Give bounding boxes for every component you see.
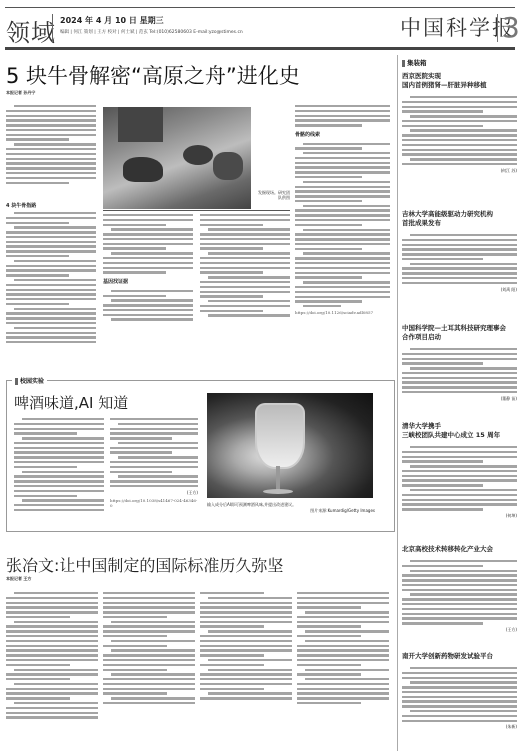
label-bar-icon xyxy=(15,378,18,385)
sidebar-label-text: 集装箱 xyxy=(407,59,427,67)
sidebar-item-1-note: (何江 苏) xyxy=(402,168,517,174)
second-byline: 本报记者 王方 xyxy=(6,576,31,582)
lead-text-col3 xyxy=(200,214,290,362)
issue-date: 2024 年 4 月 10 日 星期三 xyxy=(60,15,164,26)
lead-text-col1 xyxy=(6,212,96,362)
lead-subhead-2: 骨骼的线索 xyxy=(295,131,390,138)
sidebar-item-4-note: (何坤) xyxy=(402,513,517,519)
sidebar-item-4-title: 清华大学携手 三峡校团队共建中心成立 15 周年 xyxy=(402,422,517,440)
sidebar-item-1-title: 西京医院实现 国内首例猪肾—肝脏异种移植 xyxy=(402,72,517,90)
sidebar-item-3: 中国科学院—土耳其科技研究理事会 合作项目启动 (董静 苗) xyxy=(402,324,517,409)
second-text-col1 xyxy=(6,592,98,750)
lead-text-col4: 骨骼的线索 https://doi.org/10.1126/sciadv.adl… xyxy=(295,105,390,363)
editor-credits: 编辑 | 何江 策划 | 王方 校对 | 何士斌 | 范玄 Tel:(010)6… xyxy=(60,29,243,35)
page-number: 3 xyxy=(502,11,520,44)
beer-photo-credit: 图片来源:Kumardig/Getty Images xyxy=(207,508,375,513)
lead-byline: 本报记者 孙丹宁 xyxy=(6,90,35,96)
campus-text-col2: (王方) https://doi.org/10.1038/s41467-024-… xyxy=(110,418,198,526)
lead-photo-caption: 发掘现场。研究团队供图 xyxy=(256,190,290,200)
sidebar-item-3-note: (董静 苗) xyxy=(402,396,517,402)
campus-label-text: 校园实验 xyxy=(20,378,44,385)
second-text-col3 xyxy=(200,592,292,750)
excavation-photo xyxy=(103,107,251,209)
lead-headline: 5 块牛骨解密“高原之舟”进化史 xyxy=(6,60,300,90)
masthead-divider xyxy=(497,14,498,42)
sidebar-item-5: 北京高校技术转移转化产业大会 (王方) xyxy=(402,545,517,645)
sidebar-item-2-note: (刘禹 阳) xyxy=(402,287,517,293)
sidebar-divider xyxy=(397,55,398,751)
sidebar-item-5-note: (王方) xyxy=(402,627,517,633)
lead-text-col1-top xyxy=(6,105,96,205)
sidebar-item-6: 南开大学创新药物研发试验平台 (朱新) xyxy=(402,652,517,750)
campus-source-url[interactable]: https://doi.org/10.1038/s41467-024-46346… xyxy=(110,498,198,508)
lead-subhead-1: 4 块牛骨指路 xyxy=(6,202,36,209)
second-text-col2 xyxy=(103,592,195,750)
header-thick-rule xyxy=(5,47,515,50)
lead-subhead-3: 基因找证据 xyxy=(103,278,193,285)
lead-source-url[interactable]: https://doi.org/10.1126/sciadv.adl0857 xyxy=(295,310,390,315)
second-headline: 张冶文:让中国制定的国际标准历久弥坚 xyxy=(6,553,283,576)
sidebar-item-4: 清华大学携手 三峡校团队共建中心成立 15 周年 (何坤) xyxy=(402,422,517,532)
sidebar-item-2: 吉林大学高能级驱动力研究机构 首批成果发布 (刘禹 阳) xyxy=(402,210,517,322)
beer-glass-photo xyxy=(207,393,373,498)
header-divider xyxy=(52,14,53,42)
sidebar-item-2-title: 吉林大学高能级驱动力研究机构 首批成果发布 xyxy=(402,210,517,228)
second-text-col4 xyxy=(297,592,389,750)
beer-photo-caption: 输入成分后AI即可预测啤酒风味,并提出改进建议。 xyxy=(207,502,387,507)
label-bar-icon xyxy=(402,60,405,67)
sidebar-label: 集装箱 xyxy=(402,58,427,67)
campus-end-note: (王方) xyxy=(110,490,198,496)
campus-text-col1 xyxy=(14,418,104,526)
campus-box-label: 校园实验 xyxy=(12,376,47,385)
sidebar-item-1: 西京医院实现 国内首例猪肾—肝脏异种移植 (何江 苏) xyxy=(402,72,517,202)
photo-rule xyxy=(103,210,290,211)
top-rule xyxy=(5,7,515,8)
sidebar-item-6-title: 南开大学创新药物研发试验平台 xyxy=(402,652,517,661)
sidebar-item-6-note: (朱新) xyxy=(402,724,517,730)
section-name: 领域 xyxy=(6,13,56,48)
sidebar-item-5-title: 北京高校技术转移转化产业大会 xyxy=(402,545,517,554)
sidebar-item-3-title: 中国科学院—土耳其科技研究理事会 合作项目启动 xyxy=(402,324,517,342)
lead-text-col2: 基因找证据 xyxy=(103,214,193,362)
campus-headline: 啤酒味道,AI 知道 xyxy=(14,392,128,413)
